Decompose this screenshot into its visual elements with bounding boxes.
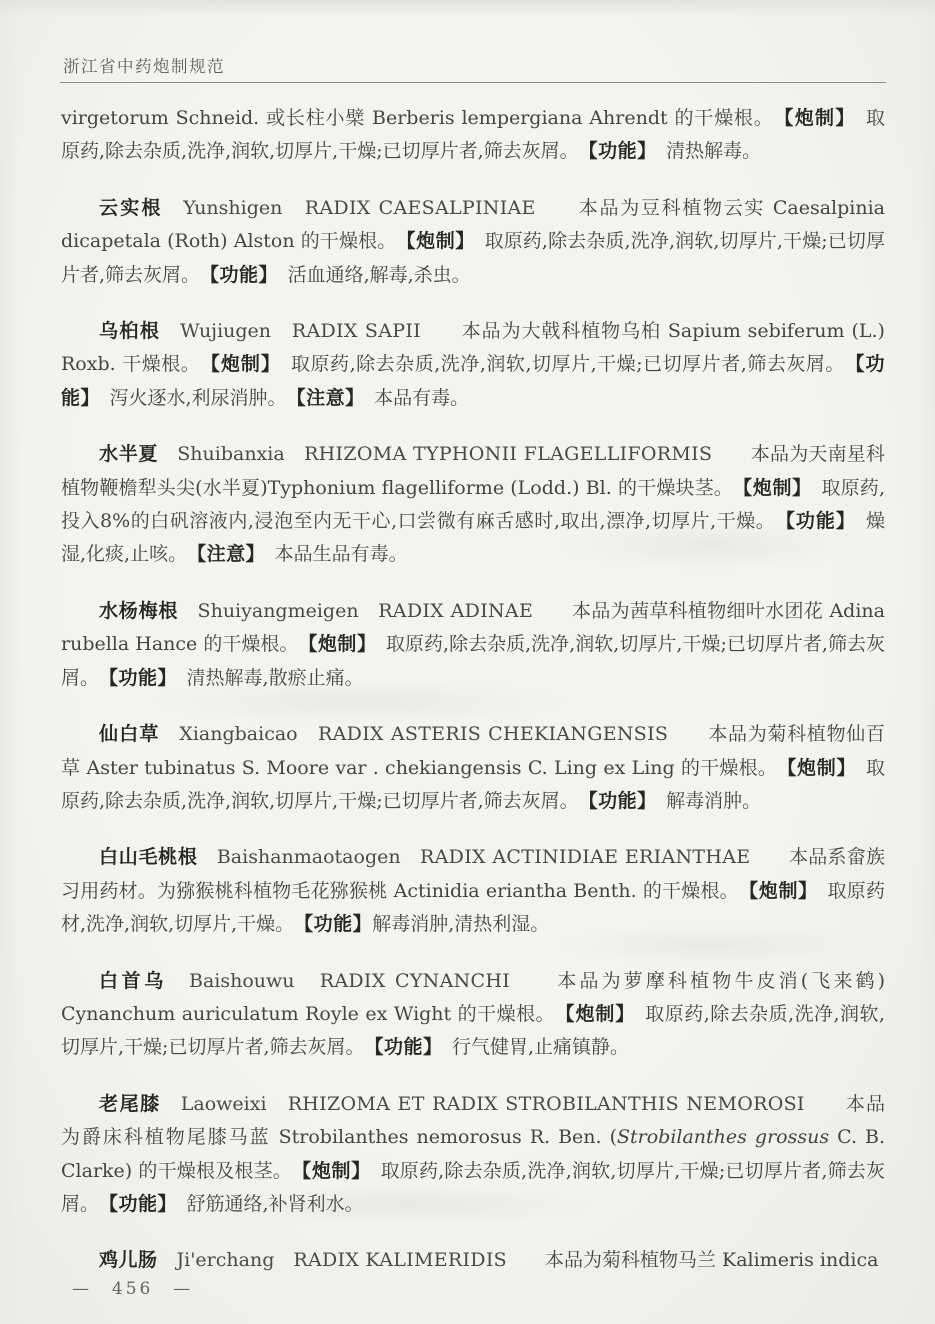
entry-pinyin: Xiangbaicao [160, 723, 318, 745]
entry-pinyin: Baishanmaotaogen [198, 846, 420, 868]
section-label: 【炮制】 [406, 231, 465, 252]
running-head-title: 浙江省中药炮制规范 [63, 53, 225, 77]
entry-name: 仙白草 [99, 724, 160, 745]
section-label: 【炮制】 [784, 108, 846, 129]
entry-text: 本品生品有毒。 [256, 543, 408, 565]
entry-name: 白首乌 [99, 971, 167, 992]
section-label: 【炮制】 [749, 881, 809, 902]
entry-name: 云实根 [99, 198, 163, 219]
section-label: 【炮制】 [565, 1004, 626, 1025]
section-label: 【炮制】 [743, 478, 803, 499]
scanned-book-page: 浙江省中药炮制规范 virgetorum Schneid. 或长柱小檗 Berb… [0, 0, 935, 1324]
entry-text: 清热解毒。 [647, 140, 761, 162]
entry-text: 活血通络,解毒,杀虫。 [269, 264, 471, 286]
entry-latin: RHIZOMA ET RADIX STROBILANTHIS NEMOROSI [288, 1093, 805, 1115]
section-label: 【炮制】 [210, 354, 271, 375]
entry-pinyin: Shuiyangmeigen [178, 600, 378, 622]
monograph-entry: 乌桕根 Wujiugen RADIX SAPII 本品为大戟科植物乌桕 Sapi… [61, 315, 885, 415]
entry-text: 舒筋通络,补肾利水。 [168, 1193, 364, 1215]
header-rule [60, 82, 886, 83]
section-label: 【功能】 [588, 141, 647, 162]
monograph-entry: 仙白草 Xiangbaicao RADIX ASTERIS CHEKIANGEN… [61, 718, 885, 818]
monograph-entry: 白首乌 Baishouwu RADIX CYNANCHI 本品为萝摩科植物牛皮消… [61, 965, 885, 1065]
entry-latin: RADIX ADINAE [378, 600, 533, 622]
entry-pinyin: Wujiugen [160, 320, 292, 342]
entry-name: 白山毛桃根 [99, 847, 198, 868]
entry-name: 水杨梅根 [99, 601, 178, 622]
entry-text: 泻火逐水,利尿消肿。 [91, 387, 297, 409]
entry-italic: Strobilanthes grossus [617, 1126, 829, 1148]
entry-latin: RHIZOMA TYPHONII FLAGELLIFORMIS [304, 443, 712, 465]
entry-latin: RADIX CAESALPINIAE [305, 197, 536, 219]
entry-latin: RADIX CYNANCHI [320, 970, 510, 992]
section-label: 【功能】 [588, 791, 647, 812]
monograph-entry: 水半夏 Shuibanxia RHIZOMA TYPHONII FLAGELLI… [61, 438, 885, 572]
entry-pinyin: Shuibanxia [158, 443, 304, 465]
monograph-entry: 鸡儿肠 Ji'erchang RADIX KALIMERIDIS 本品为菊科植物… [61, 1244, 885, 1277]
entry-pinyin: Ji'erchang [158, 1249, 294, 1271]
section-label: 【功能】 [210, 265, 269, 286]
entry-name: 老尾膝 [99, 1094, 161, 1115]
monograph-entry: 水杨梅根 Shuiyangmeigen RADIX ADINAE 本品为茜草科植… [61, 595, 885, 695]
entry-latin: RADIX ASTERIS CHEKIANGENSIS [318, 723, 668, 745]
section-label: 【炮制】 [787, 758, 847, 779]
monograph-entry: 老尾膝 Laoweixi RHIZOMA ET RADIX STROBILANT… [61, 1088, 885, 1222]
entry-pinyin: Yunshigen [163, 197, 305, 219]
section-label: 【功能】 [374, 1037, 433, 1058]
entry-pinyin: Laoweixi [161, 1093, 288, 1115]
section-label: 【注意】 [296, 388, 355, 409]
section-label: 【功能】 [109, 1194, 168, 1215]
entry-latin: RADIX ACTINIDIAE ERIANTHAE [420, 846, 750, 868]
section-label: 【炮制】 [302, 1161, 362, 1182]
monograph-entries: virgetorum Schneid. 或长柱小檗 Berberis lempe… [61, 102, 885, 1278]
section-label: 【注意】 [197, 544, 256, 565]
section-label: 【功能】 [785, 511, 846, 532]
monograph-entry: 白山毛桃根 Baishanmaotaogen RADIX ACTINIDIAE … [61, 841, 885, 941]
monograph-entry: virgetorum Schneid. 或长柱小檗 Berberis lempe… [61, 102, 885, 169]
entry-text: 解毒消肿,清热利湿。 [372, 913, 549, 935]
entry-text: 解毒消肿。 [647, 790, 761, 812]
entry-pinyin: Baishouwu [167, 970, 320, 992]
entry-latin: RADIX SAPII [292, 320, 421, 342]
monograph-entry: 云实根 Yunshigen RADIX CAESALPINIAE 本品为豆科植物… [61, 192, 885, 292]
section-label: 【炮制】 [308, 634, 367, 655]
entry-name: 乌桕根 [99, 321, 160, 342]
page-number: — 456 — [72, 1279, 193, 1299]
entry-text: 取原药,除去杂质,洗净,润软,切厚片,干燥;已切厚片者,筛去灰屑。 [271, 353, 855, 375]
entry-name: 鸡儿肠 [99, 1250, 158, 1271]
entry-text: 本品有毒。 [355, 387, 469, 409]
entry-text: 本品为菊科植物马兰 Kalimeris indica [507, 1249, 878, 1271]
section-label: 【功能】 [304, 914, 373, 935]
section-label: 【功能】 [109, 668, 168, 689]
entry-text: virgetorum Schneid. 或长柱小檗 Berberis lempe… [61, 107, 784, 129]
entry-text: 清热解毒,散瘀止痛。 [168, 667, 364, 689]
entry-name: 水半夏 [99, 444, 158, 465]
entry-text: 行气健胃,止痛镇静。 [433, 1036, 629, 1058]
entry-latin: RADIX KALIMERIDIS [293, 1249, 507, 1271]
